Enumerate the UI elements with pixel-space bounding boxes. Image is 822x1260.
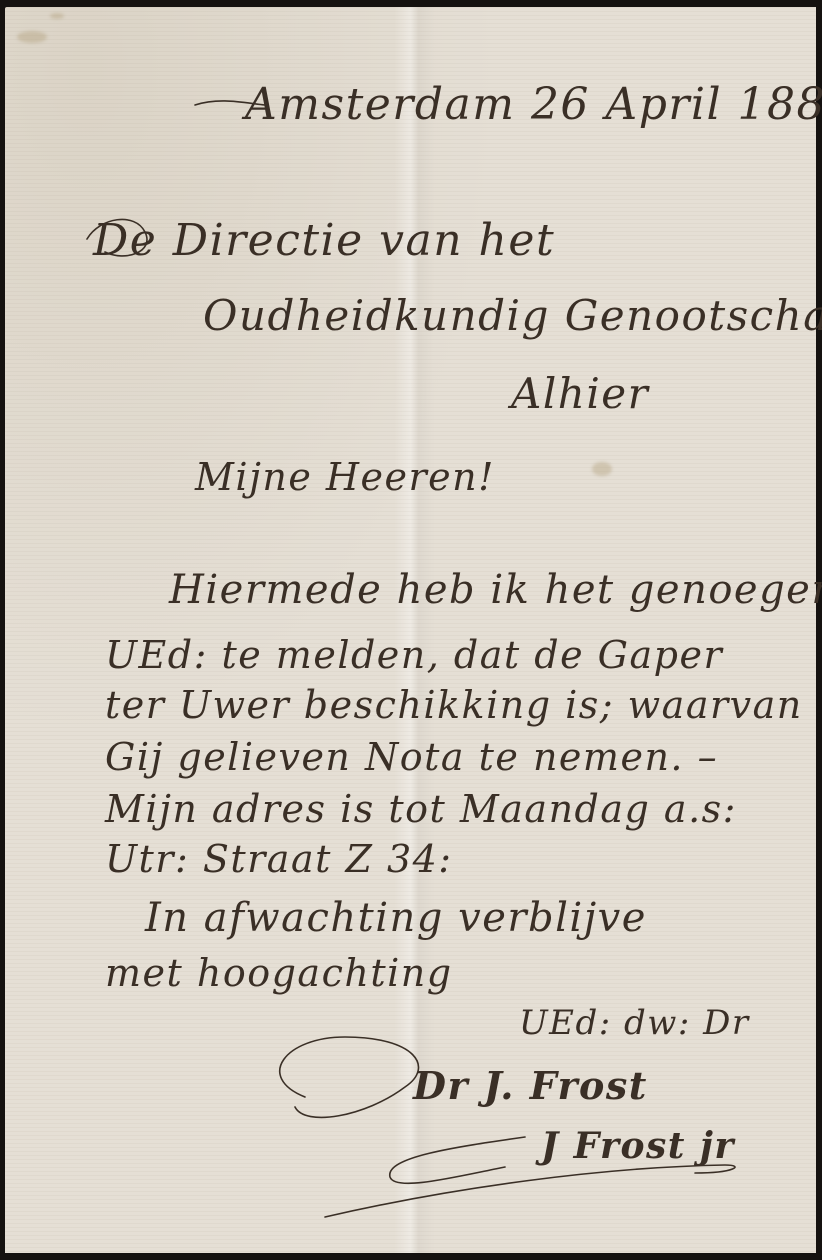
ink-stain xyxy=(17,31,47,43)
body-line: UEd: te melden, dat de Gaper xyxy=(105,633,723,677)
addressee-line-3: Alhier xyxy=(511,369,649,418)
closing-line-3: UEd: dw: Dr xyxy=(519,1003,750,1043)
signature-flourish-icon xyxy=(5,7,816,1253)
paper-stain xyxy=(592,462,612,476)
body-line: Mijn adres is tot Maandag a.s: xyxy=(105,787,737,831)
body-line: Utr: Straat Z 34: xyxy=(105,837,453,881)
signature-autograph: J Frost jr xyxy=(541,1125,735,1167)
body-line: Gij gelieven Nota te nemen. – xyxy=(105,735,718,779)
closing-line-1: In afwachting verblijve xyxy=(145,895,647,941)
signature-printed: Dr J. Frost xyxy=(413,1063,648,1108)
salutation: Mijne Heeren! xyxy=(195,455,495,499)
ink-stain xyxy=(50,13,64,19)
body-line: ter Uwer beschikking is; waarvan xyxy=(105,683,803,727)
place-date: Amsterdam 26 April 1883 xyxy=(245,79,822,130)
letter-paper: Amsterdam 26 April 1883 De Directie van … xyxy=(5,7,816,1253)
body-line: Hiermede heb ik het genoegen xyxy=(169,567,822,613)
closing-line-2: met hoogachting xyxy=(105,951,453,995)
addressee-line-1: De Directie van het xyxy=(93,215,555,266)
addressee-line-2: Oudheidkundig Genootschap xyxy=(203,291,822,340)
